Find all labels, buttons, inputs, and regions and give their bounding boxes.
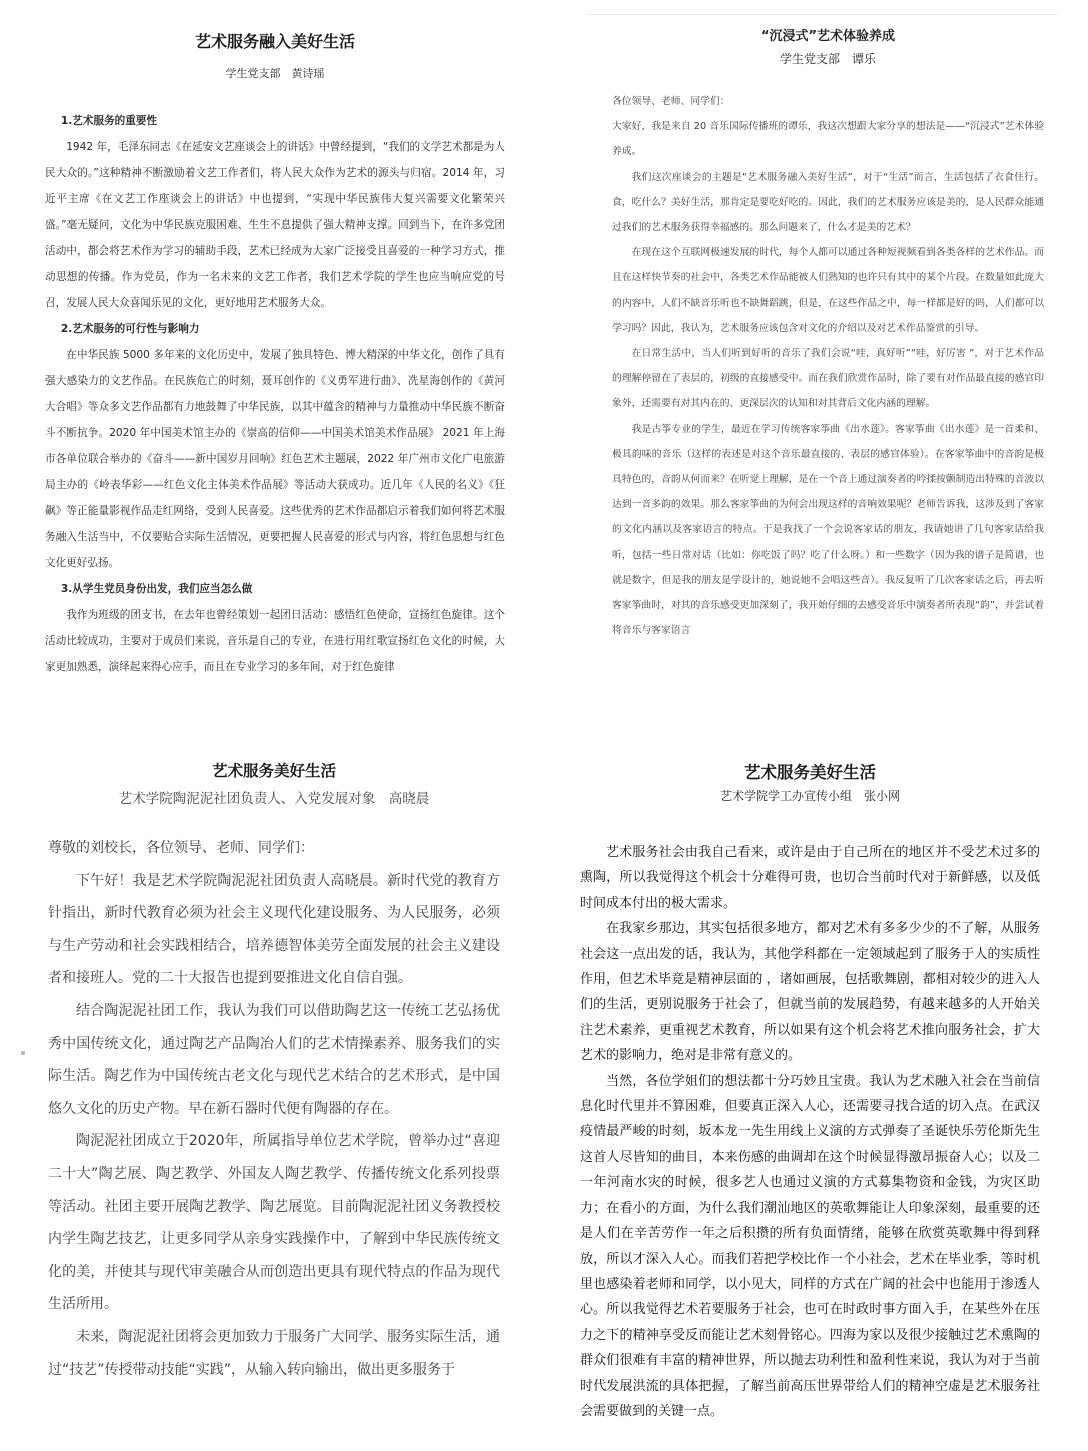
paragraph: 在日常生活中，当人们听到好听的音乐了我们会说“哇，真好听”“哇，好厉害 ”，对于… — [612, 341, 1044, 417]
document-panel-tan-le: “沉浸式”艺术体验养成 学生党支部 谭乐 各位领导、老师、同学们： 大家好，我是… — [588, 14, 1058, 694]
scan-speck — [21, 1051, 25, 1055]
paragraph: 我作为班级的团支书，在去年也曾经策划一起团日活动：感悟红色使命，宣扬红色旋律。这… — [45, 602, 505, 680]
paragraph: 大家好，我是来自 20 音乐国际传播班的谭乐，我这次想跟大家分享的想法是——“沉… — [612, 114, 1044, 164]
paragraph: 当然，各位学姐们的想法都十分巧妙且宝贵。我认为艺术融入社会在当前信息化时代里并不… — [580, 1069, 1040, 1425]
document-title: 艺术服务美好生活 — [580, 760, 1040, 786]
section-heading: 3.从学生党员身份出发，我们应当怎么做 — [45, 576, 505, 602]
section-heading: 1.艺术服务的重要性 — [45, 108, 505, 134]
paragraph: 我们这次座谈会的主题是“艺术服务融入美好生活”，对于“生活”而言，生活包括了衣食… — [612, 165, 1044, 241]
paragraph: 在中华民族 5000 多年来的文化历史中，发展了独具特色、博大精深的中华文化，创… — [45, 342, 505, 576]
document-byline: 学生党支部 黄诗瑶 — [45, 62, 505, 86]
document-panel-zhang-xiaowang: 艺术服务美好生活 艺术学院学工办宣传小组 张小网 艺术服务社会由我自己看来，或许… — [580, 760, 1040, 1440]
document-title: 艺术服务融入美好生活 — [45, 22, 505, 62]
paragraph: 我是古筝专业的学生，最近在学习传统客家筝曲《出水莲》。客家筝曲《出水莲》是一首柔… — [612, 417, 1044, 644]
section-heading: 2.艺术服务的可行性与影响力 — [45, 316, 505, 342]
paragraph: 未来，陶泥泥社团将会更加致力于服务广大同学、服务实际生活，通过“技艺”传授带动技… — [48, 1321, 500, 1386]
salutation: 各位领导、老师、同学们： — [612, 89, 1044, 114]
paragraph: 在现在这个互联网极速发展的时代，每个人都可以通过各种短视频看到各类各样的艺术作品… — [612, 240, 1044, 341]
document-byline: 学生党支部 谭乐 — [612, 47, 1044, 71]
paragraph: 在我家乡那边，其实包括很多地方，都对艺术有多多少少的不了解，从服务社会这一点出发… — [580, 916, 1040, 1068]
document-title: 艺术服务美好生活 — [48, 756, 500, 786]
document-panel-gao-xiaochen: 艺术服务美好生活 艺术学院陶泥泥社团负责人、入党发展对象 高晓晨 尊敬的刘校长，… — [48, 756, 500, 1446]
paragraph: 1942 年，毛泽东同志《在延安文艺座谈会上的讲话》中曾经提到，“我们的文学艺术… — [45, 134, 505, 316]
paragraph: 结合陶泥泥社团工作，我认为我们可以借助陶艺这一传统工艺弘扬优秀中国传统文化，通过… — [48, 995, 500, 1125]
document-title: “沉浸式”艺术体验养成 — [612, 27, 1044, 47]
document-panel-huang-shiyao: 艺术服务融入美好生活 学生党支部 黄诗瑶 1.艺术服务的重要性 1942 年，毛… — [45, 22, 505, 692]
paragraph: 陶泥泥社团成立于2020年，所属指导单位艺术学院，曾举办过“喜迎二十大”陶艺展、… — [48, 1125, 500, 1321]
paragraph: 下午好！我是艺术学院陶泥泥社团负责人高晓晨。新时代党的教育方针指出，新时代教育必… — [48, 865, 500, 995]
salutation: 尊敬的刘校长，各位领导、老师、同学们： — [48, 832, 500, 865]
paragraph: 艺术服务社会由我自己看来，或许是由于自己所在的地区并不受艺术过多的熏陶，所以我觉… — [580, 840, 1040, 916]
document-byline: 艺术学院学工办宣传小组 张小网 — [580, 786, 1040, 806]
document-byline: 艺术学院陶泥泥社团负责人、入党发展对象 高晓晨 — [48, 786, 500, 812]
